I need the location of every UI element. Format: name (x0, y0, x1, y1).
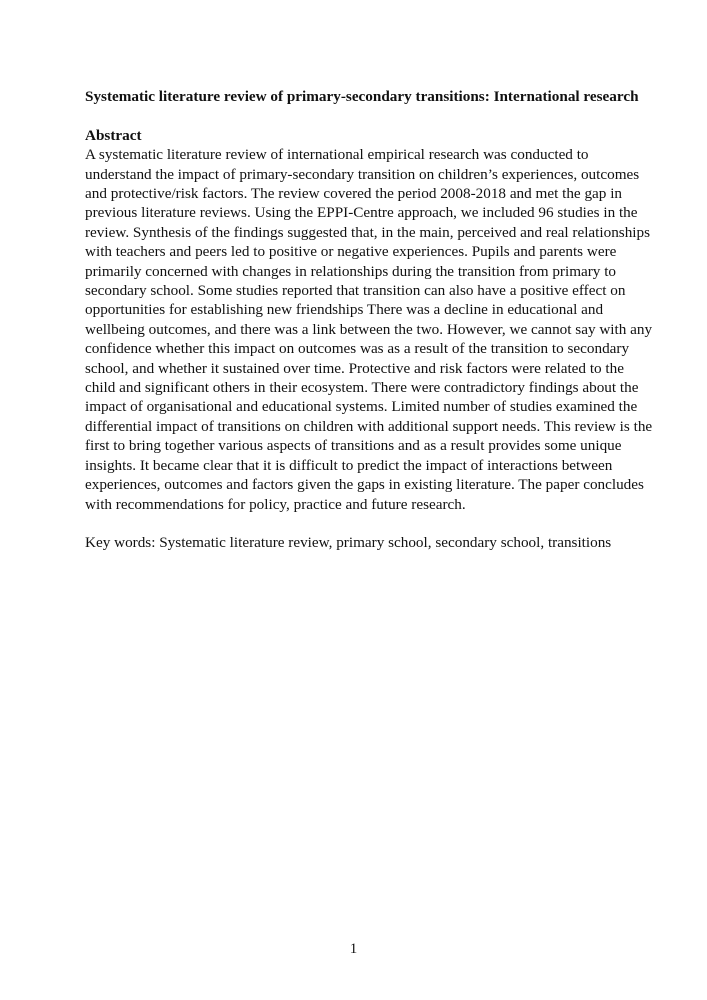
abstract-body: A systematic literature review of intern… (85, 145, 630, 514)
abstract-line: previous literature reviews. Using the E… (85, 203, 630, 222)
abstract-line: and protective/risk factors. The review … (85, 184, 630, 203)
abstract-line: confidence whether this impact on outcom… (85, 339, 630, 358)
page-content: Systematic literature review of primary-… (85, 87, 630, 553)
document-page: Systematic literature review of primary-… (0, 0, 707, 1000)
abstract-line: understand the impact of primary-seconda… (85, 165, 630, 184)
abstract-line: secondary school. Some studies reported … (85, 281, 630, 300)
abstract-line: opportunities for establishing new frien… (85, 300, 630, 319)
abstract-line: differential impact of transitions on ch… (85, 417, 630, 436)
abstract-line: review. Synthesis of the findings sugges… (85, 223, 630, 242)
page-number: 1 (0, 941, 707, 958)
abstract-line: insights. It became clear that it is dif… (85, 456, 630, 475)
abstract-heading: Abstract (85, 126, 630, 145)
abstract-line: experiences, outcomes and factors given … (85, 475, 630, 494)
keywords: Key words: Systematic literature review,… (85, 533, 630, 552)
abstract-line: child and significant others in their ec… (85, 378, 630, 397)
paper-title: Systematic literature review of primary-… (85, 87, 630, 106)
abstract-line: school, and whether it sustained over ti… (85, 359, 630, 378)
abstract-line: wellbeing outcomes, and there was a link… (85, 320, 630, 339)
abstract-line: with teachers and peers led to positive … (85, 242, 630, 261)
abstract-line: first to bring together various aspects … (85, 436, 630, 455)
abstract-line: impact of organisational and educational… (85, 397, 630, 416)
abstract-line: primarily concerned with changes in rela… (85, 262, 630, 281)
abstract-line: with recommendations for policy, practic… (85, 495, 630, 514)
abstract-line: A systematic literature review of intern… (85, 145, 630, 164)
